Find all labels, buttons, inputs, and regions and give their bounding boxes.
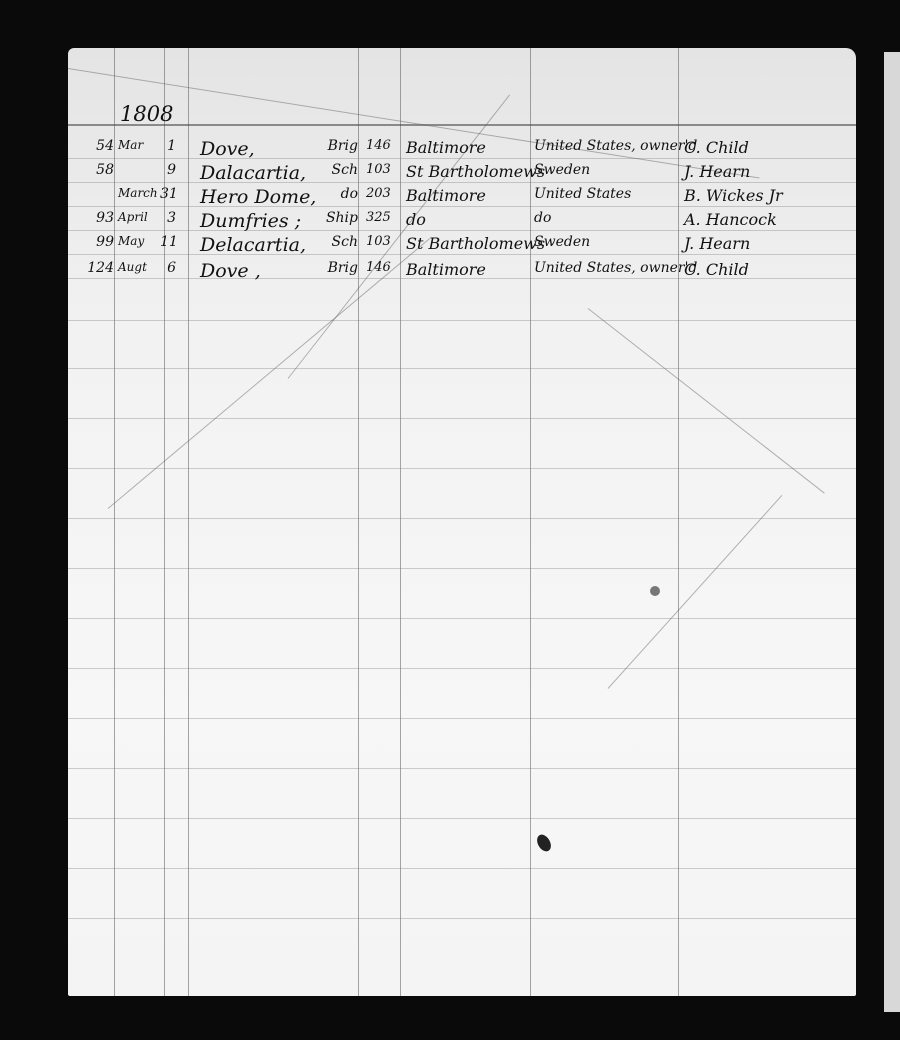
scratch-mark	[608, 495, 783, 689]
entry-rig: Brig	[318, 138, 358, 154]
entry-port: St Bartholomews	[406, 234, 545, 253]
entry-master: J. Hearn	[684, 162, 750, 181]
ink-stain	[650, 586, 660, 596]
entry-day: 9	[160, 162, 176, 178]
entry-port: Baltimore	[406, 186, 486, 205]
entry-vessel: Dove,	[200, 138, 255, 160]
entry-number: 58	[84, 162, 114, 178]
entry-tons: 146	[366, 138, 391, 153]
ruled-line	[68, 818, 856, 819]
entry-port: Baltimore	[406, 138, 486, 157]
entry-vessel: Delacartia,	[200, 234, 306, 256]
entry-day: 11	[160, 234, 176, 250]
entry-master: J. Hearn	[684, 234, 750, 253]
entry-vessel: Dumfries ;	[200, 210, 301, 232]
entry-port: St Bartholomews	[406, 162, 545, 181]
entry-rig: Sch	[318, 234, 358, 250]
ruled-line	[68, 918, 856, 919]
entry-tons: 103	[366, 234, 391, 249]
entry-rig: Brig	[318, 260, 358, 276]
entry-master: B. Wickes Jr	[684, 186, 783, 205]
ledger-entry: 124 Augt 6 Dove , Brig 146 Baltimore Uni…	[0, 260, 900, 284]
entry-tons: 325	[366, 210, 391, 225]
ruled-line	[68, 568, 856, 569]
entry-number: 93	[84, 210, 114, 226]
entry-nation: do	[534, 210, 551, 226]
ruled-line	[68, 668, 856, 669]
ruled-line	[68, 320, 856, 321]
entry-port: Baltimore	[406, 260, 486, 279]
entry-nation: United States	[534, 186, 631, 202]
ruled-line	[68, 618, 856, 619]
ledger-entry: 58 9 Dalacartia, Sch 103 St Bartholomews…	[0, 162, 900, 186]
ruled-line	[68, 868, 856, 869]
ledger-entry: 54 Mar 1 Dove, Brig 146 Baltimore United…	[0, 138, 900, 162]
entry-nation: United States, owner'd	[534, 138, 697, 154]
entry-master: A. Hancock	[684, 210, 777, 229]
entry-nation: Sweden	[534, 234, 590, 250]
entry-tons: 103	[366, 162, 391, 177]
entry-day: 1	[160, 138, 176, 154]
entry-nation: Sweden	[534, 162, 590, 178]
scratch-mark	[588, 308, 825, 493]
entry-month: May	[118, 234, 144, 248]
entry-tons: 203	[366, 186, 391, 201]
entry-vessel: Dove ,	[200, 260, 261, 282]
entry-rig: Sch	[318, 162, 358, 178]
entry-number: 54	[84, 138, 114, 154]
entry-month: Augt	[118, 260, 147, 274]
entry-vessel: Hero Dome,	[200, 186, 316, 208]
entry-month: April	[118, 210, 148, 224]
entry-port: do	[406, 210, 426, 229]
entry-day: 6	[160, 260, 176, 276]
entry-master: C. Child	[684, 138, 749, 157]
entry-day: 31	[160, 186, 176, 202]
ruled-line	[68, 418, 856, 419]
ruled-line	[68, 468, 856, 469]
ruled-line	[68, 768, 856, 769]
ruled-line	[68, 368, 856, 369]
ledger-year: 1808	[120, 102, 173, 126]
entry-vessel: Dalacartia,	[200, 162, 306, 184]
entry-nation: United States, owner'd	[534, 260, 697, 276]
ledger-entry: 93 April 3 Dumfries ; Ship 325 do do A. …	[0, 210, 900, 234]
entry-number: 124	[84, 260, 114, 276]
entry-rig: do	[318, 186, 358, 202]
ledger-entry: March 31 Hero Dome, do 203 Baltimore Uni…	[0, 186, 900, 210]
ink-stain	[534, 832, 553, 854]
entry-master: C. Child	[684, 260, 749, 279]
entry-number: 99	[84, 234, 114, 250]
entry-month: Mar	[118, 138, 143, 152]
ruled-line	[68, 518, 856, 519]
entry-rig: Ship	[318, 210, 358, 226]
entry-month: March	[118, 186, 158, 200]
header-rule	[68, 124, 856, 126]
entry-day: 3	[160, 210, 176, 226]
ruled-line	[68, 718, 856, 719]
entry-tons: 146	[366, 260, 391, 275]
ledger-entry: 99 May 11 Delacartia, Sch 103 St Barthol…	[0, 234, 900, 258]
